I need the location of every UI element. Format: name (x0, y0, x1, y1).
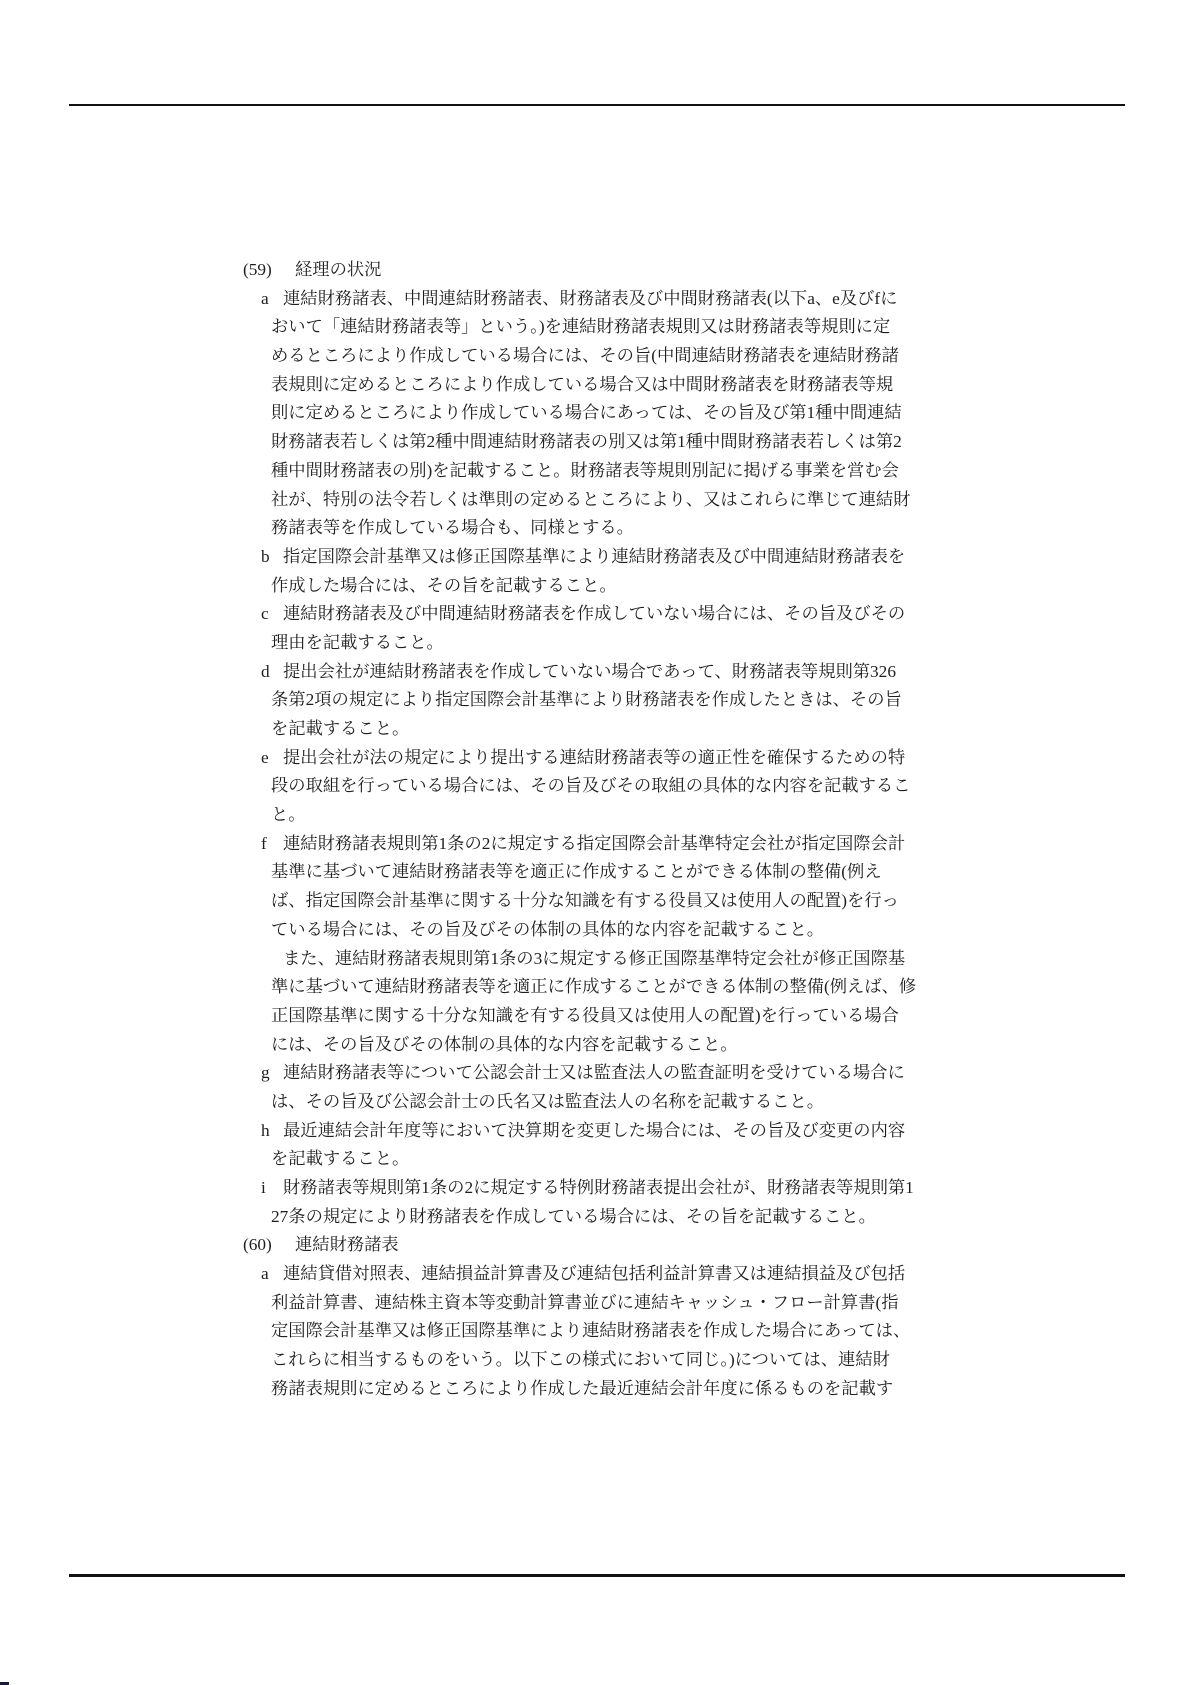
item-line: 財務諸表若しくは第2種中間連結財務諸表の別又は第1種中間財務諸表若しくは第2 (0, 428, 1192, 457)
item-line: 段の取組を行っている場合には、その旨及びその取組の具体的な内容を記載するこ (0, 772, 1192, 801)
item-line: 理由を記載すること。 (0, 629, 1192, 658)
item-line: 務諸表等を作成している場合も、同様とする。 (0, 514, 1192, 543)
item-text: 連結財務諸表、中間連結財務諸表、財務諸表及び中間財務諸表(以下a、e及びfに (283, 289, 897, 308)
item-text: 連結財務諸表及び中間連結財務諸表を作成していない場合には、その旨及びその (283, 604, 905, 623)
top-rule (69, 104, 1125, 106)
item-text: 提出会社が連結財務諸表を作成していない場合であって、財務諸表等規則第326 (283, 662, 896, 681)
item-marker: h (261, 1117, 283, 1146)
section-number: (59) (243, 256, 295, 285)
item-line: 利益計算書、連結株主資本等変動計算書並びに連結キャッシュ・フロー計算書(指 (0, 1289, 1192, 1318)
section-heading: (60)連結財務諸表 (0, 1231, 1192, 1260)
item-line: 条第2項の規定により指定国際会計基準により財務諸表を作成したときは、その旨 (0, 686, 1192, 715)
item-line: 務諸表規則に定めるところにより作成した最近連結会計年度に係るものを記載す (0, 1375, 1192, 1404)
item-marker: i (261, 1174, 283, 1203)
document-body: (59)経理の状況 a連結財務諸表、中間連結財務諸表、財務諸表及び中間財務諸表(… (0, 256, 1192, 1404)
item-line: 準に基づいて連結財務諸表等を適正に作成することができる体制の整備(例えば、修 (0, 973, 1192, 1002)
item-line: 作成した場合には、その旨を記載すること。 (0, 572, 1192, 601)
item-text: 連結貸借対照表、連結損益計算書及び連結包括利益計算書又は連結損益及び包括 (283, 1264, 905, 1283)
item-line: 則に定めるところにより作成している場合にあっては、その旨及び第1種中間連結 (0, 399, 1192, 428)
item-line: b指定国際会計基準又は修正国際基準により連結財務諸表及び中間連結財務諸表を (0, 543, 1192, 572)
item-line: を記載すること。 (0, 1145, 1192, 1174)
item-marker: g (261, 1059, 283, 1088)
document-page: (59)経理の状況 a連結財務諸表、中間連結財務諸表、財務諸表及び中間財務諸表(… (0, 0, 1192, 1685)
section-number: (60) (243, 1231, 295, 1260)
item-marker: f (261, 830, 283, 859)
item-line: には、その旨及びその体制の具体的な内容を記載すること。 (0, 1031, 1192, 1060)
item-line: を記載すること。 (0, 715, 1192, 744)
item-line: は、その旨及び公認会計士の氏名又は監査法人の名称を記載すること。 (0, 1088, 1192, 1117)
bottom-rule (69, 1574, 1125, 1577)
section-title: 連結財務諸表 (295, 1235, 399, 1254)
item-line: ば、指定国際会計基準に関する十分な知識を有する役員又は使用人の配置)を行っ (0, 887, 1192, 916)
item-marker: c (261, 600, 283, 629)
item-line: 27条の規定により財務諸表を作成している場合には、その旨を記載すること。 (0, 1203, 1192, 1232)
item-line: おいて「連結財務諸表等」という。)を連結財務諸表規則又は財務諸表等規則に定 (0, 313, 1192, 342)
item-line: i財務諸表等規則第1条の2に規定する特例財務諸表提出会社が、財務諸表等規則第1 (0, 1174, 1192, 1203)
item-text: 提出会社が法の規定により提出する連結財務諸表等の適正性を確保するための特 (283, 748, 905, 767)
item-marker: d (261, 658, 283, 687)
item-line: めるところにより作成している場合には、その旨(中間連結財務諸表を連結財務諸 (0, 342, 1192, 371)
item-line: 定国際会計基準又は修正国際基準により連結財務諸表を作成した場合にあっては、 (0, 1317, 1192, 1346)
item-line: 基準に基づいて連結財務諸表等を適正に作成することができる体制の整備(例え (0, 858, 1192, 887)
item-line: 表規則に定めるところにより作成している場合又は中間財務諸表を財務諸表等規 (0, 371, 1192, 400)
item-line: f連結財務諸表規則第1条の2に規定する指定国際会計基準特定会社が指定国際会計 (0, 830, 1192, 859)
item-line: h最近連結会計年度等において決算期を変更した場合には、その旨及び変更の内容 (0, 1117, 1192, 1146)
item-line: a連結財務諸表、中間連結財務諸表、財務諸表及び中間財務諸表(以下a、e及びfに (0, 285, 1192, 314)
item-line: g連結財務諸表等について公認会計士又は監査法人の監査証明を受けている場合に (0, 1059, 1192, 1088)
item-text: 連結財務諸表規則第1条の2に規定する指定国際会計基準特定会社が指定国際会計 (283, 834, 905, 853)
item-line: 社が、特別の法令若しくは準則の定めるところにより、又はこれらに準じて連結財 (0, 486, 1192, 515)
item-text: 財務諸表等規則第1条の2に規定する特例財務諸表提出会社が、財務諸表等規則第1 (283, 1178, 914, 1197)
item-line: 種中間財務諸表の別)を記載すること。財務諸表等規則別記に掲げる事業を営む会 (0, 457, 1192, 486)
item-marker: a (261, 1260, 283, 1289)
item-line: ている場合には、その旨及びその体制の具体的な内容を記載すること。 (0, 916, 1192, 945)
item-marker: a (261, 285, 283, 314)
item-line: 正国際基準に関する十分な知識を有する役員又は使用人の配置)を行っている場合 (0, 1002, 1192, 1031)
item-text: 連結財務諸表等について公認会計士又は監査法人の監査証明を受けている場合に (283, 1063, 905, 1082)
item-line: a連結貸借対照表、連結損益計算書及び連結包括利益計算書又は連結損益及び包括 (0, 1260, 1192, 1289)
item-line: また、連結財務諸表規則第1条の3に規定する修正国際基準特定会社が修正国際基 (0, 945, 1192, 974)
item-line: と。 (0, 801, 1192, 830)
item-marker: e (261, 744, 283, 773)
item-line: これらに相当するものをいう。以下この様式において同じ。)については、連結財 (0, 1346, 1192, 1375)
item-text: 最近連結会計年度等において決算期を変更した場合には、その旨及び変更の内容 (283, 1121, 905, 1140)
item-line: e提出会社が法の規定により提出する連結財務諸表等の適正性を確保するための特 (0, 744, 1192, 773)
item-text: 指定国際会計基準又は修正国際基準により連結財務諸表及び中間連結財務諸表を (283, 547, 905, 566)
item-line: d提出会社が連結財務諸表を作成していない場合であって、財務諸表等規則第326 (0, 658, 1192, 687)
item-marker: b (261, 543, 283, 572)
item-line: c連結財務諸表及び中間連結財務諸表を作成していない場合には、その旨及びその (0, 600, 1192, 629)
section-title: 経理の状況 (295, 260, 381, 279)
section-heading: (59)経理の状況 (0, 256, 1192, 285)
